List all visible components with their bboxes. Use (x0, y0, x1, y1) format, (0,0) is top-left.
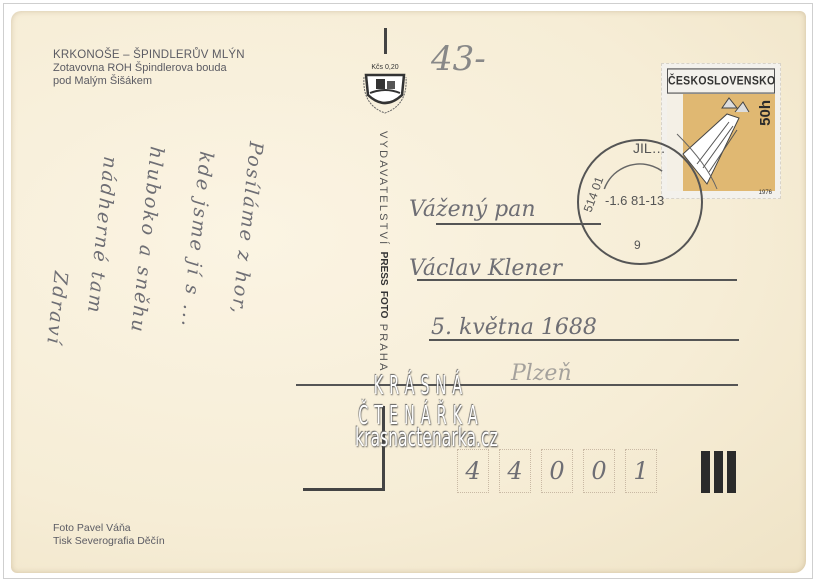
address-line1: Vážený pan (409, 197, 536, 222)
zip-digit-4: 0 (584, 457, 614, 485)
watermark-url: krasnactenarka.cz (355, 423, 487, 453)
handwritten-message: Posíláme z hor, kde jsme jí s ... hlubok… (41, 131, 291, 511)
address-rule-3 (429, 339, 739, 341)
price-logo-icon: Kčs 0,20 (358, 61, 412, 115)
address-line2: Václav Klener (409, 256, 562, 281)
printed-header: KRKONOŠE – ŠPINDLERŮV MLÝN Zotavovna ROH… (53, 49, 245, 88)
svg-text:JIL…: JIL… (633, 140, 666, 156)
stamp-value: 50h (757, 100, 774, 126)
svg-text:9: 9 (634, 238, 641, 252)
message-col-5: Zdraví (42, 270, 72, 346)
svg-text:-1.6 81-13: -1.6 81-13 (605, 193, 664, 208)
message-col-1: Posíláme z hor, (227, 140, 267, 316)
publisher-brand-foto: FOTO (378, 291, 389, 319)
message-col-3: hluboko a sněhu (126, 145, 168, 334)
publisher-brand-press: PRESS (378, 252, 389, 286)
publisher-city: PRAHA (377, 324, 389, 373)
message-col-4: nádherné tam (83, 155, 121, 315)
handwritten-number: 43- (431, 39, 486, 79)
address-line4: Plzeň (511, 361, 572, 386)
svg-text:Kčs 0,20: Kčs 0,20 (371, 64, 398, 71)
address-line3: 5. května 1688 (431, 315, 597, 340)
header-line3: pod Malým Šišákem (53, 75, 245, 88)
zip-digit-1: 4 (458, 457, 488, 485)
credit-photo: Foto Pavel Váňa (53, 522, 165, 535)
stamp-year: 1976 (759, 190, 772, 196)
postcard-back: KRKONOŠE – ŠPINDLERŮV MLÝN Zotavovna ROH… (11, 11, 806, 573)
publisher-prefix: VYDAVATELSTVÍ (377, 131, 389, 246)
svg-text:514 01: 514 01 (581, 174, 607, 214)
print-credits: Foto Pavel Váňa Tisk Severografia Děčín (53, 522, 165, 548)
center-divider-foot (303, 488, 385, 491)
address-rule-2 (417, 279, 737, 281)
center-divider-top (384, 28, 387, 54)
header-line2: Zotavovna ROH Špindlerova bouda (53, 62, 245, 75)
watermark-title: KRÁSNÁ ČTENÁŘKA (322, 371, 520, 431)
publisher-vertical: VYDAVATELSTVÍ PRESS FOTO PRAHA (377, 131, 389, 373)
zip-digit-2: 4 (500, 457, 530, 485)
stamp-country: ČESKOSLOVENSKO (667, 68, 775, 93)
zip-digit-3: 0 (542, 457, 572, 485)
address-rule-1 (436, 223, 601, 225)
header-title: KRKONOŠE – ŠPINDLERŮV MLÝN (53, 49, 245, 62)
message-col-2: kde jsme jí s ... (177, 150, 217, 329)
credit-print: Tisk Severografia Děčín (53, 535, 165, 548)
postmark-icon: JIL… 514 01 -1.6 81-13 9 (571, 133, 709, 271)
zip-digit-5: 1 (626, 457, 656, 485)
